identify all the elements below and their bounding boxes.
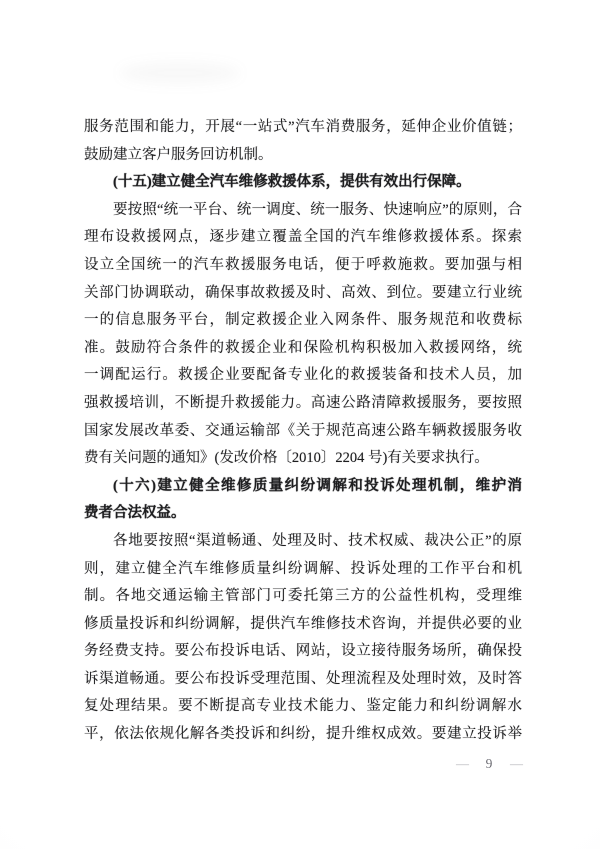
heading-line: (十五)建立健全汽车维修救援体系，提供有效出行保障。 bbox=[84, 169, 522, 197]
footer-dash-left: — bbox=[456, 756, 468, 772]
section-heading-15: (十五)建立健全汽车维修救援体系，提供有效出行保障。 bbox=[84, 169, 522, 197]
scanned-document-page: 服务范围和能力，开展“一站式”汽车消费服务，延伸企业价值链； 鼓励建立客户服务回… bbox=[0, 0, 600, 849]
paragraph-rescue-system: 要按照“统一平台、统一调度、统一服务、快速响应”的原则，合 理布设救援网点，逐步… bbox=[84, 197, 522, 473]
text-line: 制。各地交通运输主管部门可委托第三方的公益性机构，受理维 bbox=[84, 583, 522, 611]
document-text-block: 服务范围和能力，开展“一站式”汽车消费服务，延伸企业价值链； 鼓励建立客户服务回… bbox=[84, 114, 522, 749]
text-line: 平，依法依规化解各类投诉和纠纷，提升维权成效。要建立投诉举 bbox=[84, 721, 522, 749]
text-line: 费有关问题的通知》(发改价格〔2010〕2204 号)有关要求执行。 bbox=[84, 445, 522, 473]
paragraph-continuation: 服务范围和能力，开展“一站式”汽车消费服务，延伸企业价值链； 鼓励建立客户服务回… bbox=[84, 114, 522, 169]
footer-dash-right: — bbox=[510, 756, 522, 772]
text-line: 则，建立健全汽车维修质量纠纷调解、投诉处理的工作平台和机 bbox=[84, 556, 522, 584]
section-heading-16: (十六)建立健全维修质量纠纷调解和投诉处理机制，维护消 费者合法权益。 bbox=[84, 473, 522, 528]
scan-smudge-artifact bbox=[120, 62, 240, 84]
text-line: 诉渠道畅通。要公布投诉受理范围、处理流程及处理时效，及时答 bbox=[84, 666, 522, 694]
text-line: 关部门协调联动，确保事故救援及时、高效、到位。要建立行业统 bbox=[84, 280, 522, 308]
heading-line: 费者合法权益。 bbox=[84, 500, 522, 528]
text-line: 强救援培训，不断提升救援能力。高速公路清障救援服务，要按照 bbox=[84, 390, 522, 418]
page-footer: — 9 — bbox=[456, 755, 522, 773]
text-line: 复处理结果。要不断提高专业技术能力、鉴定能力和纠纷调解水 bbox=[84, 693, 522, 721]
text-line: 修质量投诉和纠纷调解，提供汽车维修技术咨询，并提供必要的业 bbox=[84, 611, 522, 639]
paragraph-complaint-handling: 各地要按照“渠道畅通、处理及时、技术权威、裁决公正”的原 则，建立健全汽车维修质… bbox=[84, 528, 522, 749]
text-line: 设立全国统一的汽车救援服务电话，便于呼救施救。要加强与相 bbox=[84, 252, 522, 280]
text-line: 国家发展改革委、交通运输部《关于规范高速公路车辆救援服务收 bbox=[84, 418, 522, 446]
text-line: 一调配运行。救援企业要配备专业化的救援装备和技术人员，加 bbox=[84, 362, 522, 390]
text-line: 理布设救援网点，逐步建立覆盖全国的汽车维修救援体系。探索 bbox=[84, 224, 522, 252]
text-line: 务经费支持。要公布投诉电话、网站，设立接待服务场所，确保投 bbox=[84, 638, 522, 666]
text-line: 各地要按照“渠道畅通、处理及时、技术权威、裁决公正”的原 bbox=[84, 528, 522, 556]
text-line: 服务范围和能力，开展“一站式”汽车消费服务，延伸企业价值链； bbox=[84, 114, 522, 142]
text-line: 准。鼓励符合条件的救援企业和保险机构积极加入救援网络，统 bbox=[84, 335, 522, 363]
text-line: 一的信息服务平台，制定救援企业入网条件、服务规范和收费标 bbox=[84, 307, 522, 335]
page-number: 9 bbox=[486, 756, 493, 772]
text-line: 鼓励建立客户服务回访机制。 bbox=[84, 142, 522, 170]
heading-line: (十六)建立健全维修质量纠纷调解和投诉处理机制，维护消 bbox=[84, 473, 522, 501]
text-line: 要按照“统一平台、统一调度、统一服务、快速响应”的原则，合 bbox=[84, 197, 522, 225]
